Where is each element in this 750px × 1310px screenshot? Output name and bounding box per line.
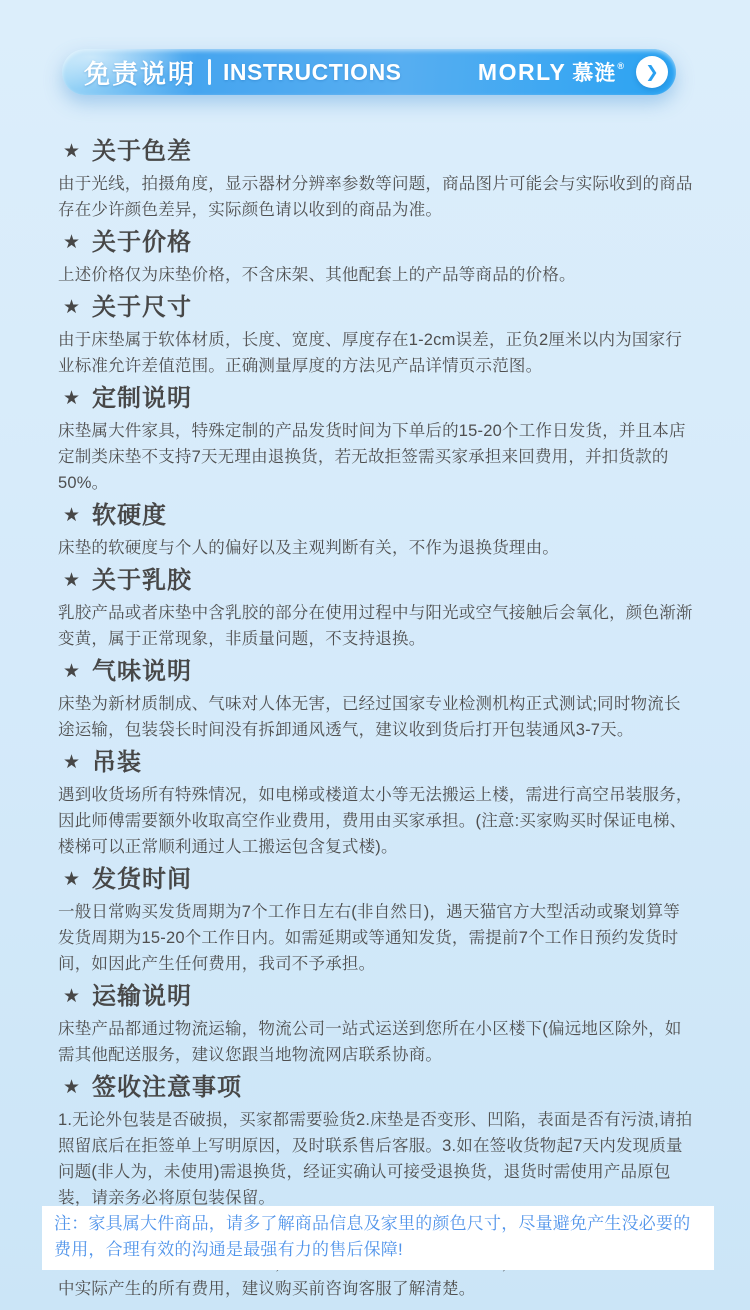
disclaimer-section: ★ 签收注意事项 1.无论外包装是否破损，买家都需要验货2.床垫是否变形、凹陷，…	[58, 1074, 693, 1211]
instructions-banner: 免责说明 INSTRUCTIONS MORLY 慕涟 ® ❯	[62, 49, 676, 95]
section-heading: ★ 关于色差	[58, 138, 693, 166]
disclaimer-section: ★ 关于色差 由于光线，拍摄角度，显示器材分辨率参数等问题，商品图片可能会与实际…	[58, 138, 693, 223]
section-heading: ★ 气味说明	[58, 658, 693, 686]
chevron-right-icon: ❯	[636, 56, 668, 88]
section-title: 关于乳胶	[92, 567, 192, 595]
section-title: 吊装	[92, 749, 142, 777]
star-icon: ★	[63, 983, 81, 1011]
section-body: 1.无论外包装是否破损，买家都需要验货2.床垫是否变形、凹陷，表面是否有污渍,请…	[58, 1107, 693, 1211]
star-icon: ★	[63, 1074, 81, 1102]
star-icon: ★	[63, 866, 81, 894]
brand-name-cn: 慕涟	[572, 57, 616, 87]
section-body: 床垫产品都通过物流运输，物流公司一站式运送到您所在小区楼下(偏远地区除外，如需其…	[58, 1016, 693, 1068]
disclaimer-sections: ★ 关于色差 由于光线，拍摄角度，显示器材分辨率参数等问题，商品图片可能会与实际…	[58, 138, 693, 1308]
disclaimer-section: ★ 关于价格 上述价格仅为床垫价格，不含床架、其他配套上的产品等商品的价格。	[58, 229, 693, 288]
section-heading: ★ 吊装	[58, 749, 693, 777]
brand-name-en: MORLY	[478, 59, 566, 86]
section-body: 由于光线，拍摄角度，显示器材分辨率参数等问题，商品图片可能会与实际收到的商品存在…	[58, 171, 693, 223]
section-body: 由于床垫属于软体材质，长度、宽度、厚度存在1-2cm误差，正负2厘米以内为国家行…	[58, 327, 693, 379]
section-heading: ★ 关于乳胶	[58, 567, 693, 595]
section-heading: ★ 签收注意事项	[58, 1074, 693, 1102]
star-icon: ★	[63, 229, 81, 257]
star-icon: ★	[63, 294, 81, 322]
section-title: 软硬度	[92, 502, 167, 530]
star-icon: ★	[63, 567, 81, 595]
star-icon: ★	[63, 138, 81, 166]
section-body: 床垫的软硬度与个人的偏好以及主观判断有关，不作为退换货理由。	[58, 535, 693, 561]
section-body: 遇到收货场所有特殊情况，如电梯或楼道太小等无法搬运上楼，需进行高空吊装服务，因此…	[58, 782, 693, 860]
section-heading: ★ 发货时间	[58, 866, 693, 894]
section-body: 乳胶产品或者床垫中含乳胶的部分在使用过程中与阳光或空气接触后会氧化，颜色渐渐变黄…	[58, 600, 693, 652]
note-box: 注：家具属大件商品，请多了解商品信息及家里的颜色尺寸，尽量避免产生没必要的费用，…	[42, 1206, 714, 1270]
disclaimer-section: ★ 发货时间 一般日常购买发货周期为7个工作日左右(非自然日)，遇天猫官方大型活…	[58, 866, 693, 977]
section-body: 上述价格仅为床垫价格，不含床架、其他配套上的产品等商品的价格。	[58, 262, 693, 288]
disclaimer-section: ★ 关于乳胶 乳胶产品或者床垫中含乳胶的部分在使用过程中与阳光或空气接触后会氧化…	[58, 567, 693, 652]
section-body: 床垫属大件家具，特殊定制的产品发货时间为下单后的15-20个工作日发货，并且本店…	[58, 418, 693, 496]
star-icon: ★	[63, 749, 81, 777]
section-body: 一般日常购买发货周期为7个工作日左右(非自然日)，遇天猫官方大型活动或聚划算等发…	[58, 899, 693, 977]
registered-trademark-icon: ®	[617, 61, 624, 71]
section-title: 关于尺寸	[92, 294, 192, 322]
star-icon: ★	[63, 502, 81, 530]
section-title: 签收注意事项	[92, 1074, 242, 1102]
banner-divider	[208, 59, 211, 85]
section-title: 关于色差	[92, 138, 192, 166]
product-disclaimer-page: 免责说明 INSTRUCTIONS MORLY 慕涟 ® ❯ ★ 关于色差 由于…	[0, 0, 750, 1310]
section-heading: ★ 定制说明	[58, 385, 693, 413]
section-heading: ★ 软硬度	[58, 502, 693, 530]
section-heading: ★ 关于尺寸	[58, 294, 693, 322]
disclaimer-section: ★ 关于尺寸 由于床垫属于软体材质，长度、宽度、厚度存在1-2cm误差，正负2厘…	[58, 294, 693, 379]
star-icon: ★	[63, 658, 81, 686]
section-body: 床垫为新材质制成、气味对人体无害，已经过国家专业检测机构正式测试;同时物流长途运…	[58, 691, 693, 743]
disclaimer-section: ★ 定制说明 床垫属大件家具，特殊定制的产品发货时间为下单后的15-20个工作日…	[58, 385, 693, 496]
star-icon: ★	[63, 385, 81, 413]
banner-title-en: INSTRUCTIONS	[223, 59, 402, 86]
section-title: 运输说明	[92, 983, 192, 1011]
section-heading: ★ 关于价格	[58, 229, 693, 257]
banner-title-cn: 免责说明	[84, 54, 196, 91]
section-title: 定制说明	[92, 385, 192, 413]
section-title: 关于价格	[92, 229, 192, 257]
disclaimer-section: ★ 软硬度 床垫的软硬度与个人的偏好以及主观判断有关，不作为退换货理由。	[58, 502, 693, 561]
brand-logo: MORLY 慕涟 ®	[478, 57, 624, 87]
disclaimer-section: ★ 气味说明 床垫为新材质制成、气味对人体无害，已经过国家专业检测机构正式测试;…	[58, 658, 693, 743]
disclaimer-section: ★ 吊装 遇到收货场所有特殊情况，如电梯或楼道太小等无法搬运上楼，需进行高空吊装…	[58, 749, 693, 860]
disclaimer-section: ★ 运输说明 床垫产品都通过物流运输，物流公司一站式运送到您所在小区楼下(偏远地…	[58, 983, 693, 1068]
section-title: 发货时间	[92, 866, 192, 894]
section-heading: ★ 运输说明	[58, 983, 693, 1011]
section-title: 气味说明	[92, 658, 192, 686]
